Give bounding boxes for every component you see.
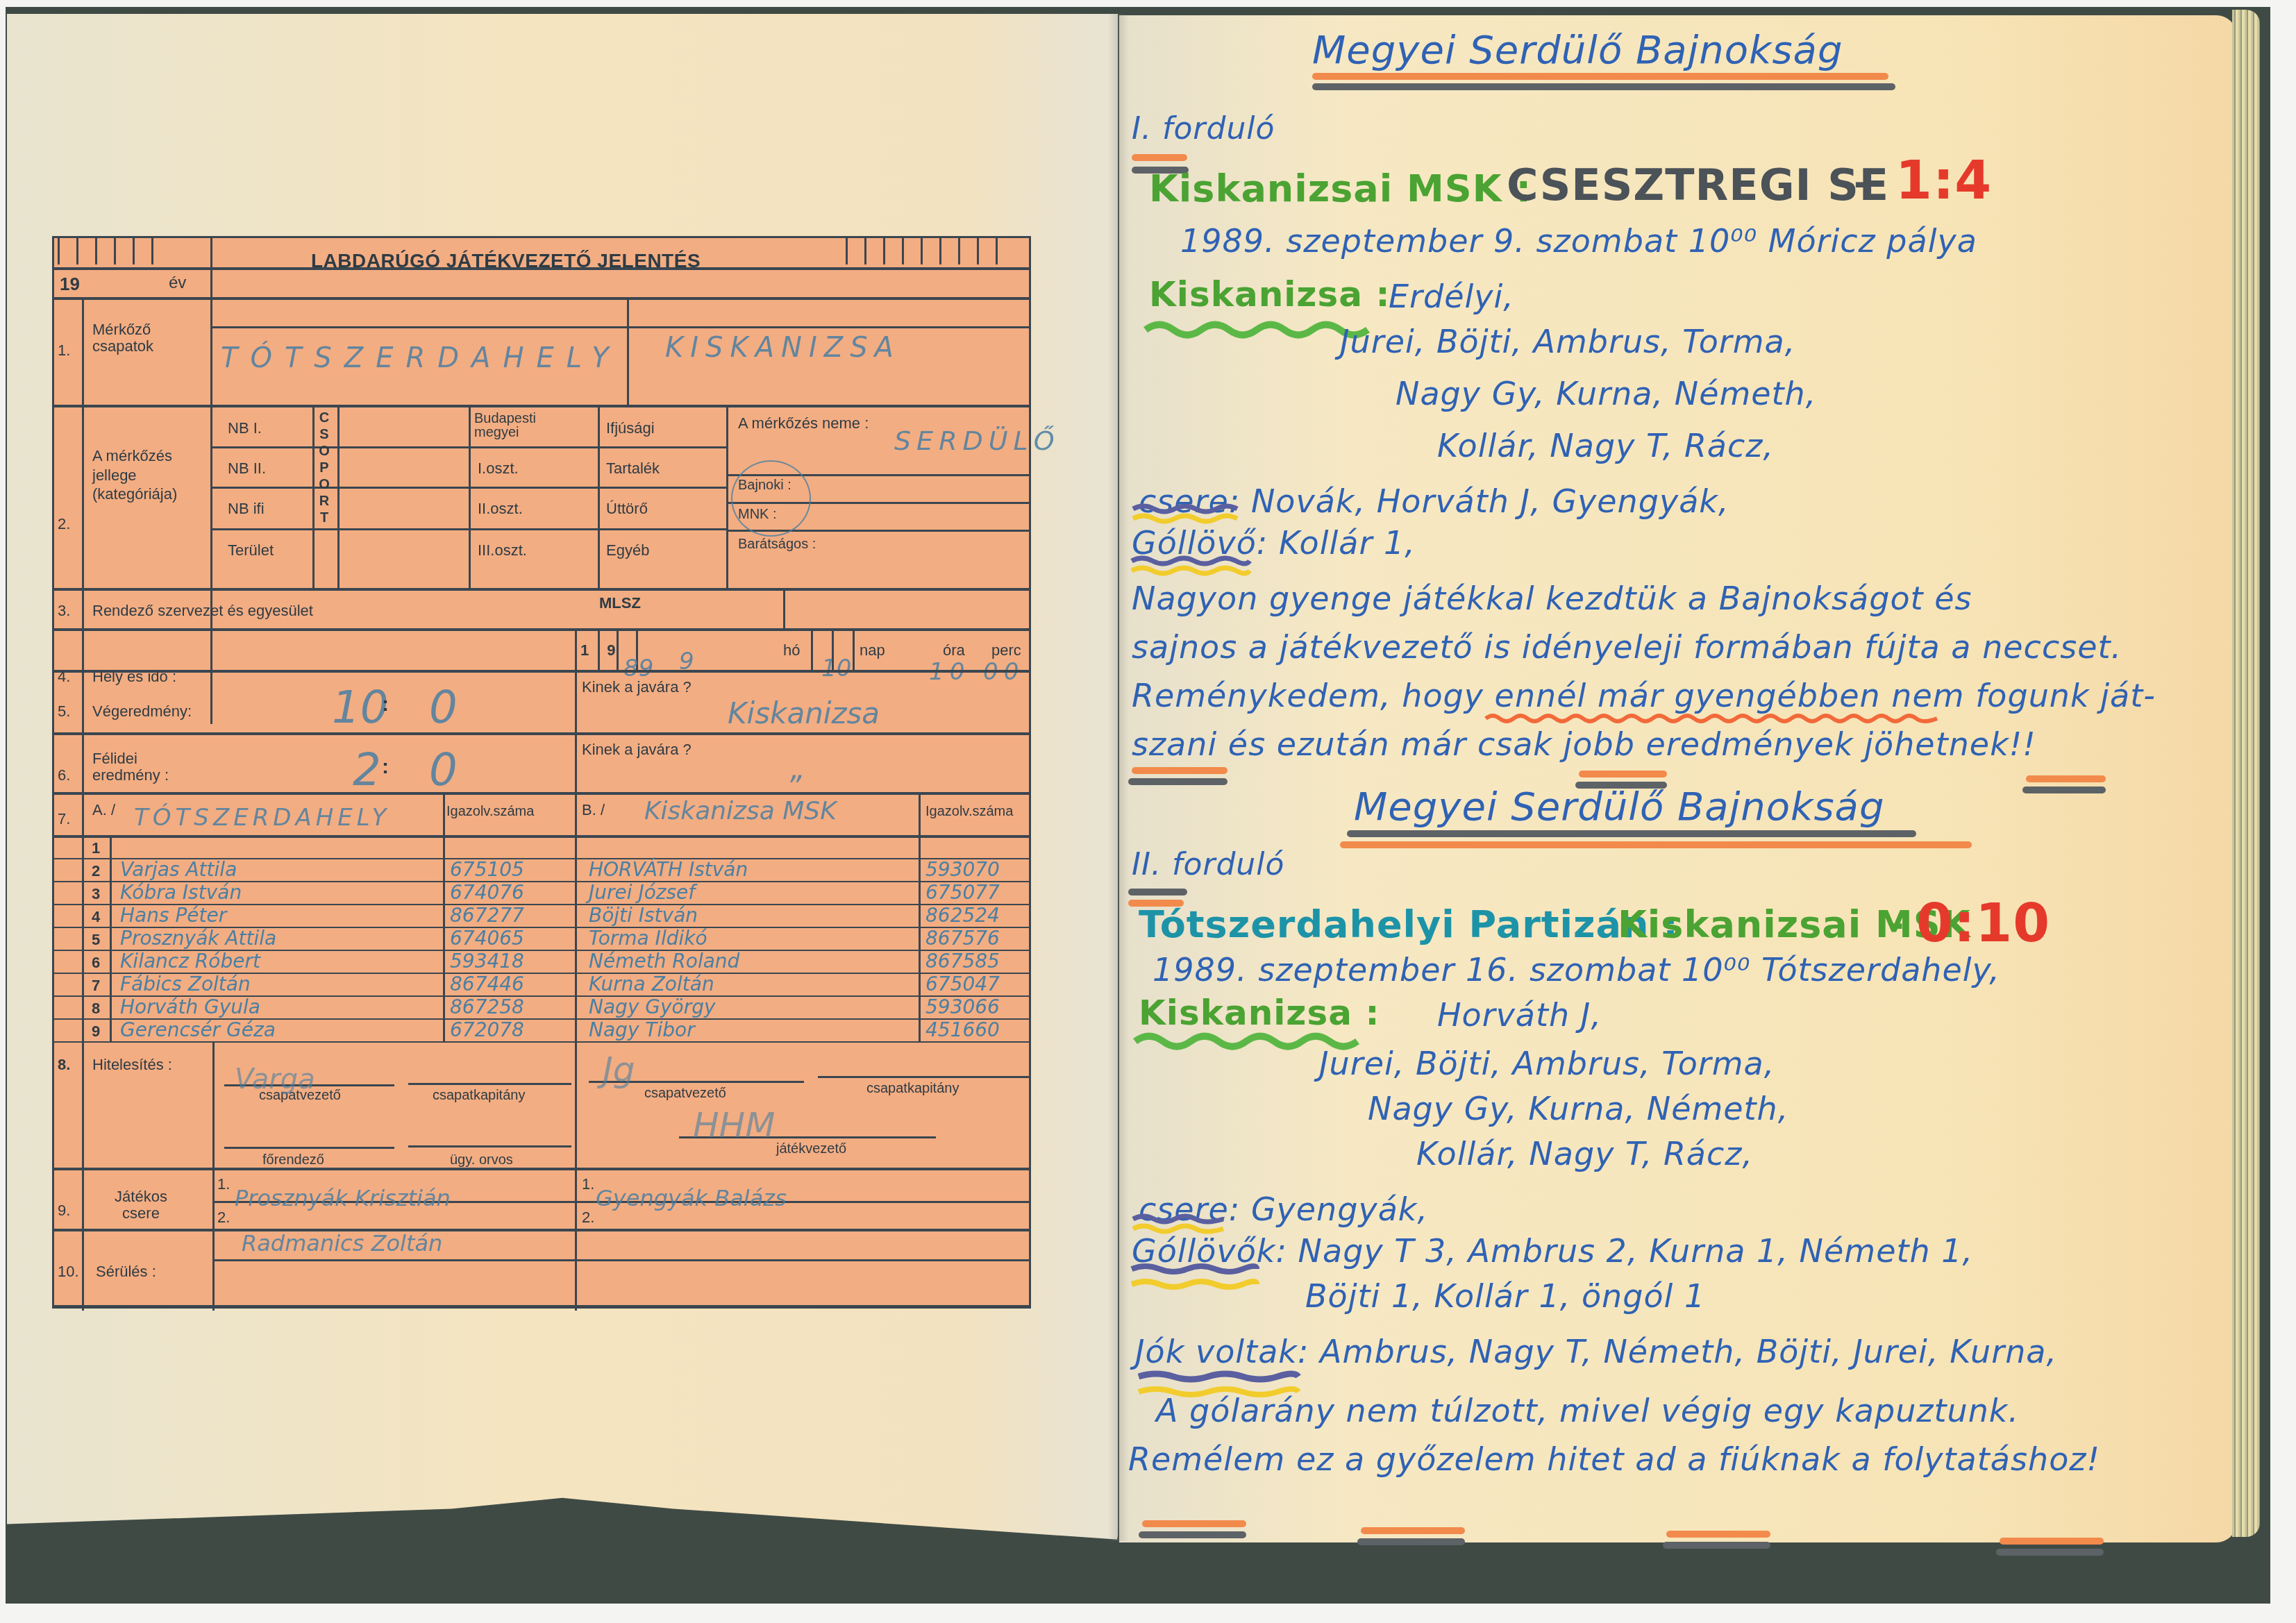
sig-doctor: ügy. orvos <box>450 1152 513 1168</box>
round2-comment-2: Remélem ez a győzelem hitet ad a fiúknak… <box>1128 1440 2100 1478</box>
round2-date-line: 1989. szeptember 16. szombat 10⁰⁰ Tótsze… <box>1153 951 2000 989</box>
level-nb1: NB I. <box>228 420 262 437</box>
signature-2: Jg <box>603 1050 635 1090</box>
divider-stroke-orange <box>2000 1538 2104 1545</box>
roster-row-number: 8 <box>82 1000 110 1018</box>
divider-stroke-orange <box>1579 771 1667 777</box>
away-team-handwritten: KISKANIZSA <box>665 332 900 364</box>
round2-scorers-2: Böjti 1, Kollár 1, öngól 1 <box>1305 1277 1705 1315</box>
section-2-label: A mérkőzés jellege (kategóriája) <box>92 446 203 504</box>
final-favor-label: Kinek a javára ? <box>582 679 692 696</box>
round2-lineup-1: Horváth J, <box>1437 996 1602 1034</box>
comment-wavy-underline <box>1486 712 1937 725</box>
section-8-label: Hitelesítés : <box>92 1057 172 1073</box>
section-9-number: 9. <box>58 1202 70 1219</box>
halftime-score-away: 0 <box>429 745 458 796</box>
section-5-number: 5. <box>58 703 70 720</box>
round1-comment-2: sajnos a játékvezető is idényeleji formá… <box>1132 628 2122 666</box>
round1-dash: - <box>1854 161 1870 205</box>
type-ifjusagi: Ifjúsági <box>606 420 655 437</box>
round2-good-players: Jók voltak: Ambrus, Nagy T, Németh, Böjt… <box>1135 1333 2057 1370</box>
team-a-player-id: 867446 <box>450 973 524 995</box>
round2-league-title: Megyei Serdülő Bajnokság <box>1354 784 1884 830</box>
round2-label: II. forduló <box>1132 847 1284 882</box>
final-score-home: 10 <box>332 682 388 734</box>
section-9-label: Játékos csere <box>99 1188 183 1222</box>
roster-row: 3Kóbra István674076Jurei József675077 <box>54 882 1030 905</box>
halftime-score-home: 2 <box>353 745 381 796</box>
team-b-player-name: Nagy György <box>589 995 716 1018</box>
team-b-prefix: B. / <box>582 802 605 818</box>
team-b-player-name: Kurna Zoltán <box>589 973 714 995</box>
organizer-value: MLSZ <box>599 595 641 612</box>
section-3-number: 3. <box>58 603 70 619</box>
divider-stroke-gray <box>1139 1531 1246 1538</box>
sig-referee: játékvezető <box>776 1141 846 1157</box>
team-b-player-id: 675077 <box>925 881 1000 904</box>
type-egyeb: Egyéb <box>606 542 649 559</box>
team-b-player-name: Jurei József <box>589 881 695 904</box>
team-b-player-id: 862524 <box>925 904 1000 927</box>
round2-home-team: Tótszerdahelyi Partizán : <box>1139 902 1679 946</box>
region-budapest-megyei: Budapesti megyei <box>474 412 578 439</box>
round1-league-title: Megyei Serdülő Bajnokság <box>1312 28 1843 73</box>
round2-scorers-1: Góllövők: Nagy T 3, Ambrus 2, Kurna 1, N… <box>1132 1232 1973 1270</box>
sig-right-captain: csapatkapitány <box>866 1081 959 1096</box>
team-b-player-id: 675047 <box>925 973 1000 995</box>
referee-report-form-lower: 8. Hitelesítés : csapatvezető csapatkapi… <box>52 1043 1031 1309</box>
section-8-number: 8. <box>58 1057 70 1073</box>
region-2-oszt: II.oszt. <box>478 501 523 517</box>
roster-row: 2Varjas Attila675105HORVÁTH István593070 <box>54 859 1030 882</box>
section-6-number: 6. <box>58 767 70 784</box>
book-gutter <box>1108 14 1129 1541</box>
roster-row: 4Hans Péter867277Böjti István862524 <box>54 905 1030 928</box>
match-kind-baratsagos: Barátságos : <box>738 537 816 552</box>
match-name-handwritten: SERDÜLŐ <box>894 426 1060 456</box>
roster-row: 8Horváth Gyula867258Nagy György593066 <box>54 997 1030 1020</box>
round1-date-line: 1989. szeptember 9. szombat 10⁰⁰ Móricz … <box>1180 222 1977 260</box>
roster-row: 1 <box>54 836 1030 859</box>
section-5-label: Végeredmény: <box>92 703 192 720</box>
sub-right-slot-1: 1. <box>582 1176 594 1193</box>
team-b-handwritten: Kiskanizsa MSK <box>644 797 837 825</box>
round1-team-label: Kiskanizsa : <box>1149 274 1390 314</box>
team-a-player-name: Gerencsér Géza <box>120 1018 276 1041</box>
round2-dash: - <box>1888 902 1904 946</box>
round1-comment-1: Nagyon gyenge játékkal kezdtük a Bajnoks… <box>1132 580 1972 617</box>
title2-underline-gray <box>1347 830 1916 837</box>
round1-comment-4: szani és ezután már csak jobb eredmények… <box>1132 725 2036 763</box>
sub-left-handwritten-1: Prosznyák Krisztián <box>235 1185 451 1211</box>
team-a-player-name: Horváth Gyula <box>120 995 260 1018</box>
subs-wavy-underline <box>1133 503 1237 524</box>
roster-row: 5Prosznyák Attila674065Torma Ildikó86757… <box>54 928 1030 951</box>
home-team-handwritten: TÓTSZERDAHELY <box>221 342 621 374</box>
team-b-player-id: 451660 <box>925 1018 1000 1041</box>
minute-label: perc <box>991 642 1021 659</box>
section-7-number: 7. <box>58 811 70 827</box>
divider-stroke-orange <box>1132 767 1227 774</box>
team-b-player-name: Németh Roland <box>589 950 739 973</box>
roster-row: 7Fábics Zoltán867446Kurna Zoltán675047 <box>54 974 1030 997</box>
year-digits: 1 9 <box>580 642 623 659</box>
round1-lineup-3: Nagy Gy, Kurna, Németh, <box>1396 375 1816 412</box>
team-a-id-header: Igazolv.száma <box>446 804 534 819</box>
sub-right-handwritten-1: Gyengyák Balázs <box>596 1185 787 1211</box>
section-6-label: Félidei eredmény : <box>92 750 196 784</box>
group-label: CSOPORT <box>317 410 332 527</box>
day-handwritten: 10 <box>821 655 851 682</box>
roster-row-number: 3 <box>82 885 110 903</box>
section-2-number: 2. <box>58 516 70 532</box>
type-tartalek: Tartalék <box>606 460 660 477</box>
team-a-player-id: 674076 <box>450 881 524 904</box>
mnk-circle-mark <box>731 460 811 537</box>
team-b-player-id: 867576 <box>925 927 1000 950</box>
final-score-away: 0 <box>429 682 458 734</box>
team-a-player-id: 593418 <box>450 950 524 973</box>
divider-stroke-gray <box>1996 1549 2104 1556</box>
sig-right-team-leader: csapatvezető <box>644 1086 726 1101</box>
team-a-player-id: 867277 <box>450 904 524 927</box>
divider-stroke-gray <box>1357 1538 1465 1545</box>
signature-referee: HHM <box>693 1105 775 1145</box>
year-tick-marks <box>58 237 170 268</box>
team-a-player-name: Hans Péter <box>120 904 226 927</box>
halftime-favor-label: Kinek a javára ? <box>582 741 692 758</box>
month-label: hó <box>783 642 800 659</box>
divider-stroke-orange <box>1666 1531 1770 1538</box>
roster-row: 9Gerencsér Géza672078Nagy Tibor451660 <box>54 1020 1030 1043</box>
team-a-player-name: Fábics Zoltán <box>120 973 251 995</box>
sig-chief-organizer: főrendező <box>262 1152 324 1168</box>
type-uttoro: Úttörő <box>606 501 648 517</box>
round2-comment-1: A gólarány nem túlzott, mivel végig egy … <box>1156 1392 2019 1429</box>
team-a-handwritten: TÓTSZERDAHELY <box>134 804 390 832</box>
title-underline-orange <box>1312 73 1888 80</box>
final-favor-handwritten: Kiskanizsa <box>728 696 880 730</box>
round2-score: 0:10 <box>1916 892 2050 954</box>
roster-row-number: 2 <box>82 862 110 880</box>
team-a-player-id: 672078 <box>450 1018 524 1041</box>
round1-away-team: CSESZTREGI SE <box>1507 160 1889 210</box>
subs2-wavy-underline <box>1133 1213 1223 1234</box>
team-a-player-name: Kilancz Róbert <box>120 950 260 973</box>
team-a-player-id: 675105 <box>450 858 524 881</box>
title-underline-gray <box>1312 83 1895 90</box>
sig-left-captain: csapatkapitány <box>433 1088 525 1103</box>
roster-row-number: 7 <box>82 977 110 995</box>
signature-1: Varga <box>235 1063 315 1095</box>
team-a-player-name: Prosznyák Attila <box>120 927 276 950</box>
region-1-oszt: I.oszt. <box>478 460 519 477</box>
team-a-player-id: 674065 <box>450 927 524 950</box>
team-b-player-name: Nagy Tibor <box>589 1018 695 1041</box>
level-terulet: Terület <box>228 542 274 559</box>
roster-row-number: 6 <box>82 954 110 972</box>
team-a-prefix: A. / <box>92 802 115 818</box>
team-b-player-id: 593066 <box>925 995 1000 1018</box>
divider-stroke-gray <box>2022 787 2106 793</box>
halftime-score-colon: : <box>382 755 389 778</box>
team-b-player-id: 593070 <box>925 858 1000 881</box>
section-1-number: 1. <box>58 342 70 359</box>
team-b-player-id: 867585 <box>925 950 1000 973</box>
round2-lineup-3: Nagy Gy, Kurna, Németh, <box>1368 1090 1788 1127</box>
divider-stroke-orange <box>1142 1520 1246 1527</box>
roster-row-number: 9 <box>82 1023 110 1041</box>
level-nb-ifi: NB ifi <box>228 501 265 517</box>
round1-score: 1:4 <box>1895 149 1992 211</box>
round1-underline-orange <box>1132 154 1187 161</box>
round2-lineup-4: Kollár, Nagy T, Rácz, <box>1416 1135 1753 1172</box>
round1-label: I. forduló <box>1132 111 1275 146</box>
halftime-favor-handwritten: „ <box>790 752 805 786</box>
roster-row-number: 1 <box>82 839 110 857</box>
scorers-wavy-underline <box>1132 555 1250 576</box>
level-nb2: NB II. <box>228 460 266 477</box>
serial-tick-marks <box>846 237 1014 268</box>
sub-left-handwritten-2: Radmanics Zoltán <box>242 1230 442 1256</box>
roster-row: 6Kilancz Róbert593418Németh Roland867585 <box>54 951 1030 974</box>
team-b-player-name: HORVÁTH István <box>589 858 748 881</box>
round1-lineup-4: Kollár, Nagy T, Rácz, <box>1437 427 1774 464</box>
region-3-oszt: III.oszt. <box>478 542 527 559</box>
page-edges <box>2232 10 2260 1537</box>
sub-left-slot-1: 1. <box>217 1176 230 1193</box>
round2-lineup-2: Jurei, Böjti, Ambrus, Torma, <box>1319 1045 1775 1082</box>
round1-comment-3: Reménykedem, hogy ennél már gyengébben n… <box>1132 677 2156 714</box>
team-a-player-id: 867258 <box>450 995 524 1018</box>
section-10-label: Sérülés : <box>96 1263 156 1280</box>
divider-stroke-gray <box>1128 778 1227 785</box>
divider-stroke-orange <box>2026 775 2106 782</box>
team-b-player-name: Böjti István <box>589 904 698 927</box>
team-a-player-name: Varjas Attila <box>120 858 237 881</box>
sub-left-slot-2: 2. <box>217 1209 230 1226</box>
roster-row-number: 5 <box>82 931 110 949</box>
section-10-number: 10. <box>58 1263 79 1280</box>
match-name-label: A mérkőzés neme : <box>738 415 869 432</box>
round2-team-label: Kiskanizsa : <box>1139 993 1380 1033</box>
team-b-player-name: Torma Ildikó <box>589 927 707 950</box>
section-1-label: Mérkőző csapatok <box>92 321 203 355</box>
team-a-player-name: Kóbra István <box>120 881 242 904</box>
roster-row-number: 4 <box>82 908 110 926</box>
divider-stroke-gray <box>1663 1542 1770 1549</box>
day-label: nap <box>860 642 885 659</box>
hour-label: óra <box>943 642 965 659</box>
divider-stroke-orange <box>1361 1527 1465 1534</box>
scorers2-wavy-underline <box>1132 1263 1257 1291</box>
round1-home-team: Kiskanizsai MSK : <box>1149 167 1532 210</box>
year-prefix: 19 <box>60 274 80 294</box>
round1-lineup-1: Erdélyi, <box>1389 278 1514 315</box>
round1-team-wavy-underline <box>1146 319 1368 340</box>
round1-lineup-2: Jurei, Böjti, Ambrus, Torma, <box>1340 323 1795 360</box>
section-3-label: Rendező szervezet és egyesület <box>92 603 313 619</box>
sub-right-slot-2: 2. <box>582 1209 594 1226</box>
round2-underline-gray <box>1128 889 1187 895</box>
title2-underline-orange <box>1340 841 1972 848</box>
year-label: év <box>169 274 186 292</box>
team-b-id-header: Igazolv.száma <box>925 804 1013 819</box>
final-score-colon: : <box>382 693 389 716</box>
